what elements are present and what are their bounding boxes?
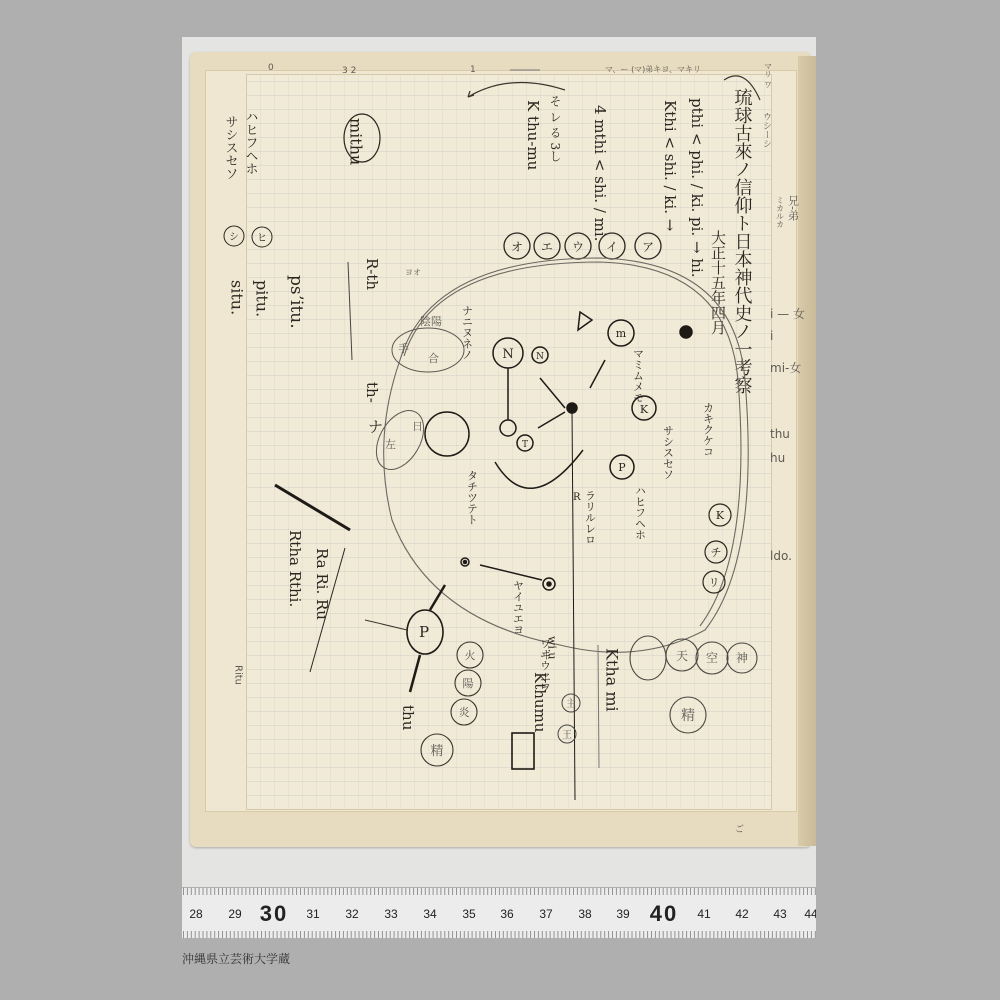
svg-text:タチツテト: タチツテト (466, 470, 479, 525)
svg-text:3 2: 3 2 (342, 66, 356, 76)
svg-text:炎: 炎 (459, 705, 471, 719)
ruler-label: 35 (462, 907, 475, 921)
top-margin-marks: 0 3 2 1 マ、ー (マ)弟キヨ、マキリ (268, 63, 701, 76)
ruler-label: 39 (616, 907, 629, 921)
svg-text:サシスセソ: サシスセソ (662, 425, 675, 480)
svg-text:イ: イ (606, 240, 618, 254)
svg-text:hu: hu (770, 451, 785, 465)
svg-text:サシスセソ: サシスセソ (223, 115, 238, 180)
svg-text:pitu.: pitu. (253, 280, 272, 317)
svg-text:P: P (419, 623, 429, 641)
svg-text:大正十五年四月: 大正十五年四月 (709, 230, 727, 335)
katakana-notes: ナニヌネノ マミムメモ カキクケコ サシスセソ ハヒフヘホ ラリルレロ タチツテ… (461, 305, 715, 693)
svg-text:m: m (616, 327, 627, 340)
right-margin-notes: 兄-弟 ミカルカ i — 女 i mi-女 thu hu ldo. マリ ワ ウ… (761, 62, 805, 563)
bottom-margin-mark: ご (735, 824, 744, 835)
svg-text:Ra Ri. Ru: Ra Ri. Ru (313, 548, 331, 620)
lower-middle-notes: wi.u Kthumu 主 王 (512, 636, 580, 769)
svg-text:マ、ー (マ)弟キヨ、マキリ: マ、ー (マ)弟キヨ、マキリ (605, 64, 701, 74)
svg-text:シ: シ (229, 232, 239, 243)
svg-text:そ レ る 3し: そ レ る 3し (548, 95, 562, 162)
svg-text:エ: エ (541, 240, 553, 254)
svg-text:i — 女: i — 女 (770, 307, 805, 321)
svg-text:ハヒフヘホ: ハヒフヘホ (243, 110, 258, 175)
svg-text:ヤイユエヨ: ヤイユエヨ (512, 580, 525, 635)
ruler-label: 29 (228, 907, 241, 921)
lower-right-notes: Ktha mi 天 空 神 精 (598, 636, 757, 768)
ruler-label: 32 (345, 907, 358, 921)
svg-text:mithu: mithu (347, 118, 366, 165)
svg-text:1: 1 (470, 65, 476, 75)
svg-text:神: 神 (736, 650, 748, 665)
ruler-label: 36 (500, 907, 513, 921)
svg-text:マミムメモ: マミムメモ (632, 348, 645, 403)
svg-text:P: P (618, 461, 626, 474)
svg-text:R: R (573, 492, 581, 503)
svg-text:ウシーシ: ウシーシ (761, 112, 771, 148)
svg-text:ハヒフヘホ: ハヒフヘホ (634, 485, 647, 540)
svg-text:精: 精 (430, 743, 443, 759)
svg-text:mi-女: mi-女 (770, 361, 801, 375)
svg-text:thu: thu (770, 427, 790, 441)
ruler-label: 38 (578, 907, 591, 921)
ruler-label-major: 30 (260, 901, 288, 927)
svg-text:0: 0 (268, 63, 274, 73)
manuscript-sketch: 0 3 2 1 マ、ー (マ)弟キヨ、マキリ 琉球古來ノ信仰ト日本神代史ノ一考察… (0, 0, 1000, 1000)
svg-text:空: 空 (706, 650, 718, 665)
svg-text:ウ: ウ (572, 240, 584, 254)
svg-text:日: 日 (412, 420, 423, 433)
lower-left-notes: Ra Ri. Ru Rtha Rthi. Ritu P thu (233, 485, 446, 731)
svg-text:琉球古來ノ信仰ト日本神代史ノ一考察: 琉球古來ノ信仰ト日本神代史ノ一考察 (732, 88, 753, 394)
svg-text:マリ ワ: マリ ワ (764, 62, 773, 89)
svg-text:ラリルレロ: ラリルレロ (584, 490, 597, 545)
ruler-label: 43 (773, 907, 786, 921)
svg-text:i: i (770, 329, 773, 343)
svg-text:手: 手 (398, 342, 409, 355)
svg-text:K: K (640, 403, 649, 416)
svg-text:T: T (522, 440, 528, 450)
svg-text:王: 王 (562, 729, 572, 741)
svg-text:オ: オ (511, 240, 523, 254)
ruler-label-major: 40 (650, 901, 678, 927)
svg-text:N: N (502, 347, 513, 362)
measuring-ruler: 28 29 30 31 32 33 34 35 36 37 38 39 40 4… (182, 888, 816, 938)
svg-text:situ.: situ. (228, 280, 247, 315)
svg-text:カキクケコ: カキクケコ (702, 402, 715, 457)
svg-text:ミカルカ: ミカルカ (776, 196, 785, 228)
ruler-label: 28 (189, 907, 202, 921)
ruler-label: 44 (804, 907, 816, 921)
ruler-label: 37 (539, 907, 552, 921)
svg-text:火: 火 (465, 648, 476, 662)
svg-text:チ: チ (711, 546, 722, 559)
svg-text:psʼitu.: psʼitu. (286, 275, 306, 329)
ruler-label: 42 (735, 907, 748, 921)
svg-text:リ: リ (709, 576, 720, 589)
svg-text:Ktha mi: Ktha mi (603, 648, 622, 712)
svg-text:ヒ: ヒ (257, 233, 267, 244)
svg-text:陰陽: 陰陽 (420, 315, 442, 328)
svg-text:K thu-mu: K thu-mu (524, 100, 542, 171)
ruler-label: 34 (423, 907, 436, 921)
svg-text:天: 天 (676, 649, 688, 663)
svg-text:pthi < phi. / ki. pi. → hi.: pthi < phi. / ki. pi. → hi. (688, 98, 706, 278)
svg-text:ldo.: ldo. (770, 549, 792, 563)
svg-text:左: 左 (385, 438, 396, 451)
svg-text:Kthi < shi. / ki. →: Kthi < shi. / ki. → (661, 100, 679, 232)
central-diagram (425, 312, 692, 800)
svg-text:陽: 陽 (463, 677, 474, 690)
svg-text:Ritu: Ritu (233, 665, 244, 685)
svg-text:thu: thu (399, 705, 417, 731)
svg-text:ヨオ: ヨオ (405, 268, 421, 277)
svg-text:主: 主 (566, 698, 576, 710)
svg-text:4 mthi < shi. / mi.: 4 mthi < shi. / mi. (591, 105, 609, 241)
svg-text:兄-弟: 兄-弟 (787, 195, 800, 221)
title-vertical: 琉球古來ノ信仰ト日本神代史ノ一考察 大正十五年四月 (709, 88, 753, 394)
ruler-label: 41 (697, 907, 710, 921)
collection-credit: 沖縄県立芸術大学蔵 (182, 950, 290, 967)
ruler-label: 31 (306, 907, 319, 921)
svg-text:精: 精 (681, 707, 695, 724)
svg-text:Kthumu: Kthumu (531, 672, 549, 733)
svg-text:R-th: R-th (363, 258, 381, 290)
svg-text:ナニヌネノ: ナニヌネノ (461, 305, 474, 360)
svg-text:th-: th- (363, 382, 381, 403)
svg-text:N: N (536, 352, 544, 362)
svg-text:wi.u: wi.u (546, 636, 559, 660)
svg-text:K: K (716, 509, 725, 522)
svg-text:合: 合 (428, 351, 439, 365)
left-column: mithu ハヒフヘホ サシスセソ ヒ シ pitu. situ. psʼitu… (223, 110, 422, 436)
ruler-label: 33 (384, 907, 397, 921)
svg-text:Rtha Rthi.: Rtha Rthi. (286, 530, 304, 607)
svg-text:ア: ア (642, 240, 654, 254)
